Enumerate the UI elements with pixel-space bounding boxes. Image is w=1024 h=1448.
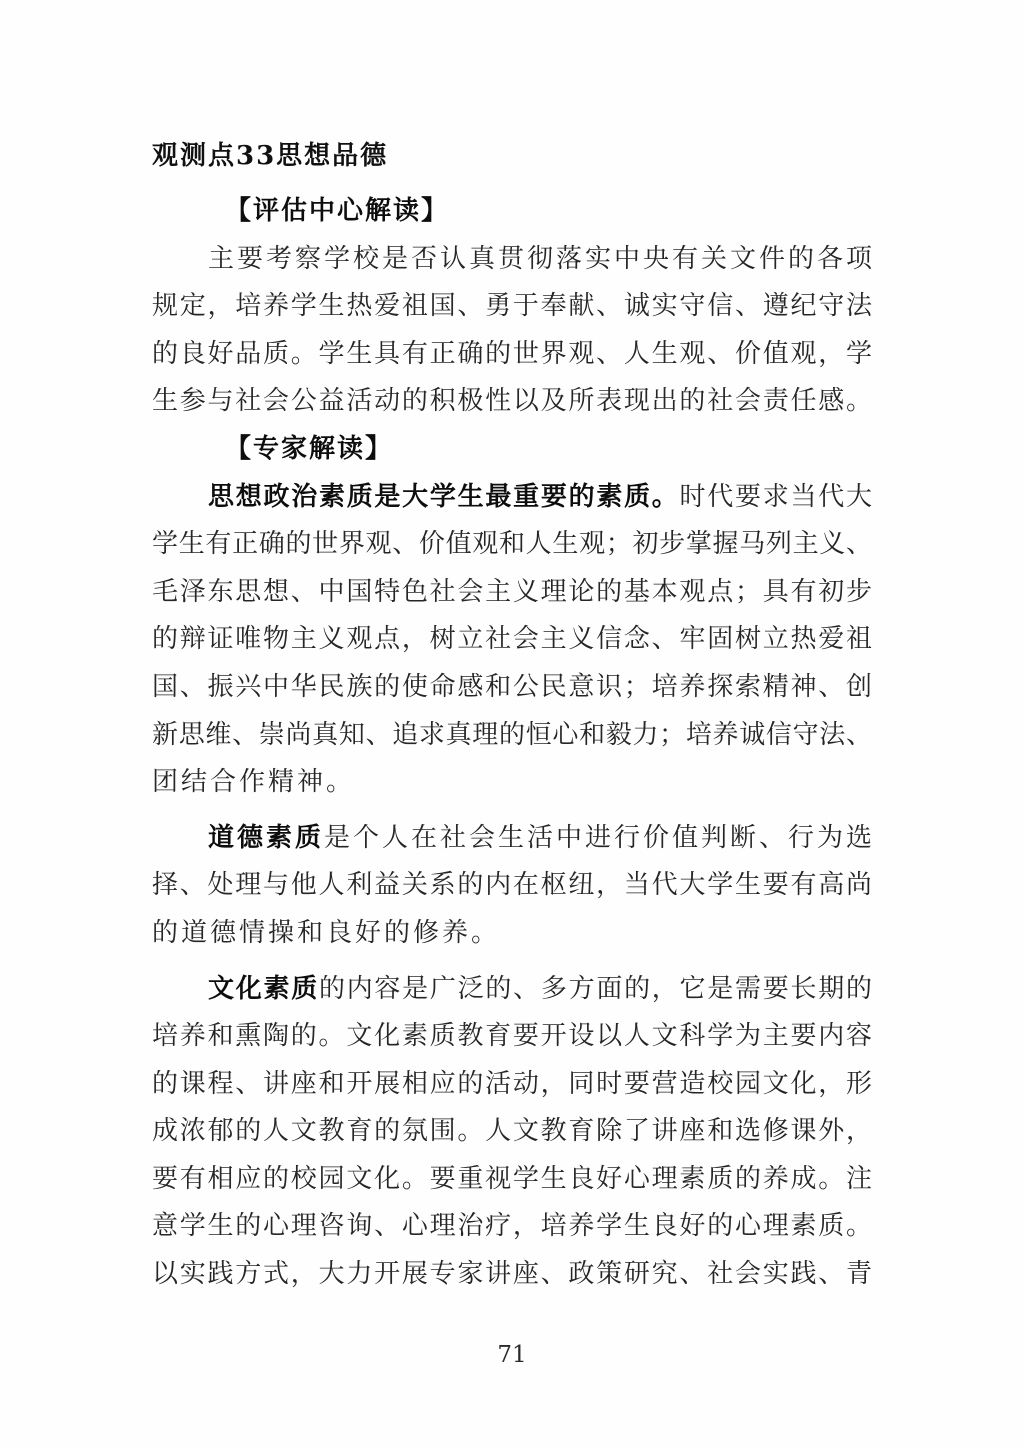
text-line: 的课程、讲座和开展相应的活动，同时要营造校园文化，形 — [152, 1061, 872, 1109]
text-line: 的良好品质。学生具有正确的世界观、人生观、价值观，学 — [152, 331, 872, 379]
heading-expert: 【专家解读】 — [152, 426, 872, 474]
text-line: 主要考察学校是否认真贯彻落实中央有关文件的各项 — [152, 236, 872, 284]
text-run: 的内容是广泛的、多方面的，它是需要长期的 — [319, 974, 872, 1004]
text-run: 是个人在社会生活中进行价值判断、行为选 — [324, 823, 872, 853]
heading-assessment-center: 【评估中心解读】 — [152, 188, 872, 236]
page-content: 【评估中心解读】 主要考察学校是否认真贯彻落实中央有关文件的各项 规定，培养学生… — [152, 188, 872, 1370]
text-line: 生参与社会公益活动的积极性以及所表现出的社会责任感。 — [152, 378, 872, 426]
paragraph-moral: 道德素质是个人在社会生活中进行价值判断、行为选 择、处理与他人利益关系的内在枢纽… — [152, 815, 872, 958]
text-line: 成浓郁的人文教育的氛围。人文教育除了讲座和选修课外， — [152, 1108, 872, 1156]
text-line: 的道德情操和良好的修养。 — [152, 910, 872, 958]
text-line: 思想政治素质是大学生最重要的素质。时代要求当代大 — [152, 474, 872, 522]
paragraph-ideology: 思想政治素质是大学生最重要的素质。时代要求当代大 学生有正确的世界观、价值观和人… — [152, 474, 872, 807]
text-line: 以实践方式，大力开展专家讲座、政策研究、社会实践、青 — [152, 1251, 872, 1299]
text-line: 意学生的心理咨询、心理治疗，培养学生良好的心理素质。 — [152, 1203, 872, 1251]
paragraph-culture: 文化素质的内容是广泛的、多方面的，它是需要长期的 培养和熏陶的。文化素质教育要开… — [152, 966, 872, 1299]
text-line: 择、处理与他人利益关系的内在枢纽，当代大学生要有高尚 — [152, 862, 872, 910]
lead-bold-text: 思想政治素质是大学生最重要的素质。 — [208, 482, 680, 512]
text-line: 学生有正确的世界观、价值观和人生观；初步掌握马列主义、 — [152, 521, 872, 569]
text-line: 国、振兴中华民族的使命感和公民意识；培养探索精神、创 — [152, 664, 872, 712]
lead-bold-text: 文化素质 — [208, 974, 319, 1004]
text-line: 的辩证唯物主义观点，树立社会主义信念、牢固树立热爱祖 — [152, 616, 872, 664]
page-number: 71 — [152, 1340, 872, 1370]
text-line: 道德素质是个人在社会生活中进行价值判断、行为选 — [152, 815, 872, 863]
text-run: 时代要求当代大 — [680, 482, 872, 512]
text-line: 规定，培养学生热爱祖国、勇于奉献、诚实守信、遵纪守法 — [152, 283, 872, 331]
page-title: 观测点33思想品德 — [152, 141, 1024, 171]
text-line: 培养和熏陶的。文化素质教育要开设以人文科学为主要内容 — [152, 1013, 872, 1061]
text-line: 要有相应的校园文化。要重视学生良好心理素质的养成。注 — [152, 1156, 872, 1204]
document-page: 观测点33思想品德 【评估中心解读】 主要考察学校是否认真贯彻落实中央有关文件的… — [0, 0, 1024, 1448]
text-line: 团结合作精神。 — [152, 759, 872, 807]
text-line: 毛泽东思想、中国特色社会主义理论的基本观点；具有初步 — [152, 569, 872, 617]
lead-bold-text: 道德素质 — [208, 823, 324, 853]
paragraph-assessment: 主要考察学校是否认真贯彻落实中央有关文件的各项 规定，培养学生热爱祖国、勇于奉献… — [152, 236, 872, 426]
text-line: 新思维、崇尚真知、追求真理的恒心和毅力；培养诚信守法、 — [152, 712, 872, 760]
text-line: 文化素质的内容是广泛的、多方面的，它是需要长期的 — [152, 966, 872, 1014]
